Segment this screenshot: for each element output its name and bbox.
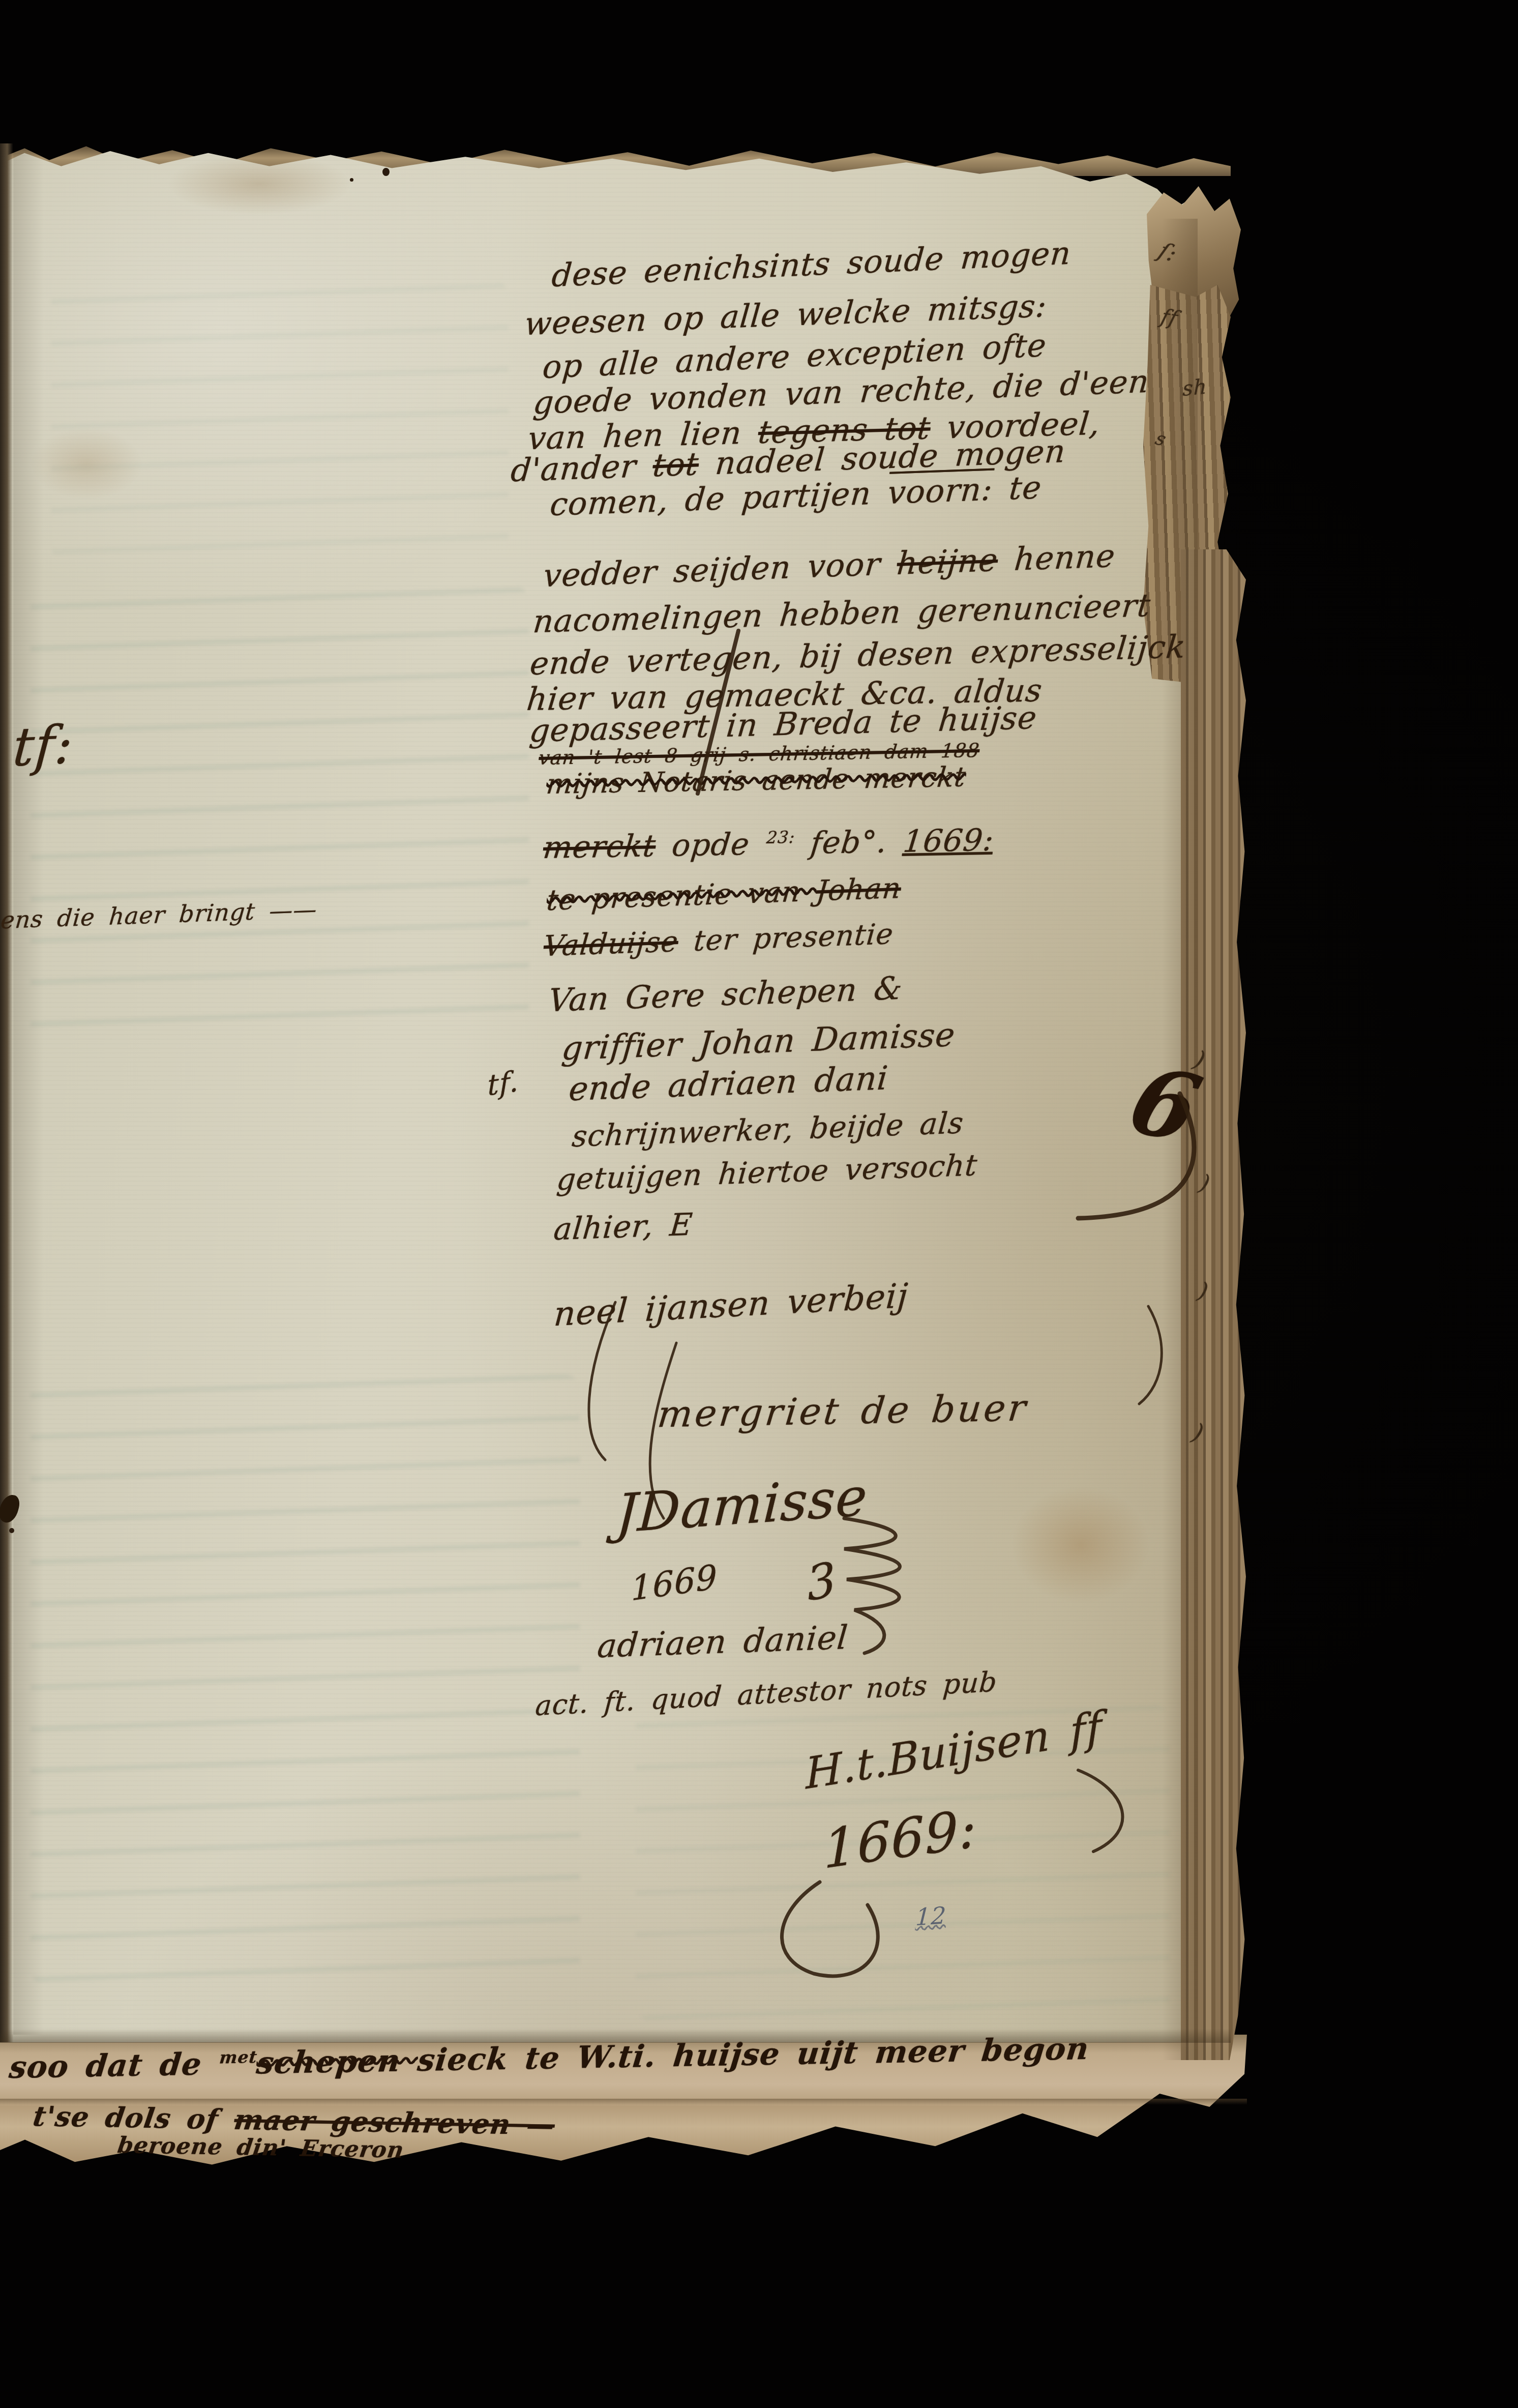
text-run: 1669: [631, 1557, 718, 1608]
text-run: getuijgen hiertoe versocht: [555, 1148, 979, 1197]
text-run: act. ft. quod attestor nots pub: [534, 1665, 998, 1722]
date-line: merckt opde 23: feb°. 1669:: [542, 823, 996, 866]
fore-edge-mark: sh: [1182, 375, 1207, 401]
text-run: vedder seijden voor: [542, 545, 899, 595]
text-run: JDamisse: [615, 1465, 869, 1545]
fore-edge-mark: ff: [1158, 305, 1180, 330]
text-run: adriaen daniel: [596, 1619, 850, 1665]
fore-edge-mark: s: [1153, 428, 1170, 450]
text-ul: 1669:: [902, 823, 996, 860]
text-run: 12: [915, 1901, 947, 1931]
body-line: schrijnwerker, beijde als: [571, 1105, 965, 1154]
text-run: henne: [996, 537, 1117, 578]
text-struck: Valduijse: [542, 925, 679, 963]
text-run: ſ:: [1154, 238, 1181, 267]
body-line-struck: mijns Notaris aende merckt: [545, 761, 967, 801]
text-run: sh: [1182, 375, 1207, 401]
margin-abbrev: tf:: [11, 713, 75, 779]
text-struck: Johan: [815, 872, 902, 908]
margin-abbrev-small: tf.: [487, 1065, 519, 1102]
body-line: getuijgen hiertoe versocht: [555, 1148, 979, 1197]
text-struck2: te presentie van: [545, 874, 818, 917]
body-line: Van Gere schepen &: [547, 970, 904, 1019]
text-run: ): [1197, 1170, 1213, 1196]
signature-paraph-3: 3: [805, 1551, 839, 1612]
body-line: dese eenichsints soude mogen: [550, 234, 1073, 294]
text-run: t'se dols of: [31, 2100, 236, 2136]
text-run: ter presentie: [677, 918, 895, 958]
text-run: beroene din' Erceron: [116, 2132, 406, 2163]
manuscript-photograph: tf:ens die haer bringt ——tf.dese eenichs…: [0, 0, 1518, 2408]
text-run: griffier Johan Damisse: [560, 1016, 957, 1068]
notary-signature: H.t.Buijsen ff: [805, 1702, 1103, 1799]
text-sup: met: [219, 2047, 258, 2067]
text-run: dese eenichsints soude mogen: [550, 234, 1073, 294]
handwriting-layer: tf:ens die haer bringt ——tf.dese eenichs…: [0, 0, 1518, 2408]
text-run: sieck te W.ti. huijse uijt meer begon: [416, 2031, 1091, 2078]
text-run: 1669:: [823, 1797, 977, 1881]
text-run: H.t.Buijsen ff: [805, 1702, 1103, 1799]
text-run: feb°.: [792, 824, 905, 862]
lower-page-line: beroene din' Erceron: [116, 2132, 406, 2163]
fore-edge-mark: ): [1189, 1418, 1207, 1446]
text-run: opde: [654, 826, 768, 864]
body-line: Valduijse ter presentie: [542, 918, 895, 963]
body-line: ende adriaen dani: [568, 1060, 890, 1108]
text-run: schrijnwerker, beijde als: [571, 1105, 965, 1154]
text-run: soo dat de: [8, 2046, 221, 2086]
witness-signature: neel ijansen verbeij: [553, 1276, 910, 1334]
text-struck: heijne: [896, 541, 1000, 582]
text-run: neel ijansen verbeij: [553, 1276, 910, 1334]
text-run: te: [991, 468, 1044, 508]
text-run: ff: [1158, 305, 1180, 330]
text-run: ende adriaen dani: [568, 1060, 890, 1108]
lower-page-line: soo dat de metschepen sieck te W.ti. hui…: [8, 2031, 1091, 2086]
text-run: s: [1153, 428, 1170, 450]
text-struck2: mijns Notaris aende merckt: [545, 761, 967, 801]
text-struck: merckt: [542, 828, 658, 866]
text-run: Van Gere schepen &: [547, 970, 904, 1019]
fore-edge-mark: ſ:: [1154, 238, 1181, 267]
text-run: mergriet de buer: [656, 1386, 1030, 1435]
text-struck: tot: [651, 445, 701, 484]
text-struck2: schepen: [255, 2043, 420, 2081]
text-run: alhier, E: [552, 1207, 694, 1247]
fore-edge-mark: ): [1197, 1170, 1213, 1196]
text-run: tf:: [11, 713, 75, 779]
witness-signature: adriaen daniel: [596, 1619, 850, 1665]
pencil-folio-number: 12: [915, 1901, 947, 1931]
text-run: ens die haer bringt ——: [0, 895, 318, 934]
text-run: tf.: [487, 1065, 519, 1102]
notary-signature: JDamisse: [615, 1465, 869, 1545]
text-run: ): [1196, 1278, 1211, 1304]
body-line-struck: te presentie van Johan: [545, 872, 902, 918]
text-sup: 23:: [765, 827, 796, 847]
body-line: vedder seijden voor heijne henne: [542, 537, 1117, 595]
text-ov: voorn:: [886, 471, 994, 511]
text-run: 3: [805, 1551, 839, 1612]
fore-edge-mark: ): [1196, 1278, 1211, 1304]
margin-note: ens die haer bringt ——: [0, 895, 318, 934]
body-line: alhier, E: [552, 1207, 694, 1247]
witness-signature: mergriet de buer: [656, 1386, 1030, 1435]
year-flourish: 1669:: [823, 1797, 977, 1881]
latin-attestation: act. ft. quod attestor nots pub: [534, 1665, 998, 1722]
text-run: ): [1189, 1418, 1207, 1446]
signature-year: 1669: [631, 1557, 718, 1608]
body-line: griffier Johan Damisse: [560, 1016, 957, 1068]
